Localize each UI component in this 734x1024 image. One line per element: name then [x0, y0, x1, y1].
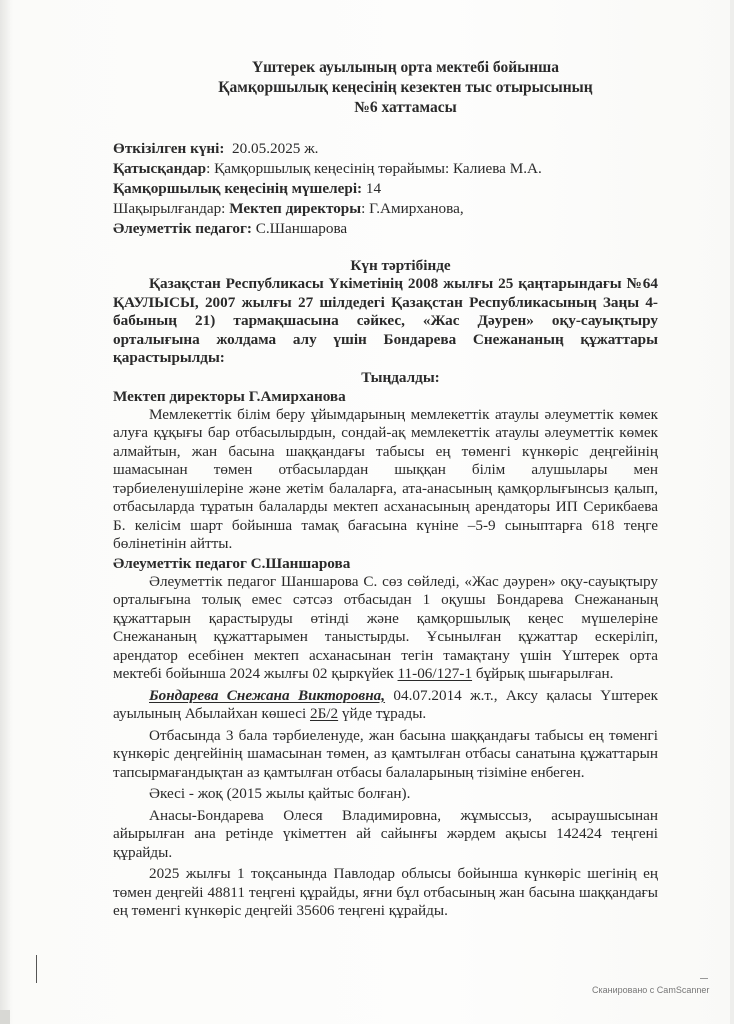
margin-mark: [36, 955, 37, 983]
date-value: 20.05.2025 ж.: [232, 140, 318, 157]
speaker1-text: Мемлекеттік білім беру ұйымдарының мемле…: [113, 406, 658, 554]
social-value: С.Шаншарова: [256, 220, 347, 237]
title-line-1: Үштерек ауылының орта мектебі бойынша: [153, 58, 658, 78]
speaker2-text: Әлеуметтік педагог Шаншарова С. сөз сөйл…: [113, 573, 658, 684]
social-label: Әлеуметтік педагог:: [113, 220, 252, 237]
document-title: Үштерек ауылының орта мектебі бойынша Қа…: [153, 58, 658, 118]
members-label: Қамқоршылық кеңесінің мүшелері:: [113, 180, 362, 197]
scan-tick-mark: [700, 978, 708, 979]
meta-social-pedagog: Әлеуметтік педагог: С.Шаншарова: [113, 219, 658, 239]
page-corner-shadow: [0, 1010, 10, 1024]
members-value: 14: [366, 180, 381, 197]
speaker1-name: Мектеп директоры Г.Амирханова: [113, 387, 658, 406]
income-text: 2025 жылғы 1 тоқсанында Павлодар облысы …: [113, 865, 658, 921]
meeting-meta: Өткізілген күні: 20.05.2025 ж. Қатысқанд…: [113, 139, 658, 239]
title-line-2: Қамқоршылық кеңесінің кезектен тыс отыры…: [153, 78, 658, 98]
participants-value: : Қамқоршылық кеңесінің төрайымы: Калиев…: [206, 160, 542, 177]
agenda-text: Қазақстан Республикасы Үкіметінің 2008 ж…: [113, 275, 658, 368]
meta-date: Өткізілген күні: 20.05.2025 ж.: [113, 139, 658, 159]
student-house: 2Б/2: [310, 705, 338, 722]
student-info: Бондарева Снежана Викторовна, 04.07.2014…: [113, 687, 658, 724]
title-line-3: №6 хаттамасы: [153, 98, 658, 118]
student-name: Бондарева Снежана Викторовна,: [149, 687, 385, 704]
family-text: Отбасында 3 бала тәрбиеленуде, жан басын…: [113, 727, 658, 783]
date-label: Өткізілген күні:: [113, 140, 224, 157]
page-right-edge: [730, 0, 734, 1024]
agenda-title: Күн тәртібінде: [113, 256, 658, 275]
speaker2-text-after: бұйрық шығарылған.: [472, 665, 613, 682]
father-text: Әкесі - жоқ (2015 жылы қайтыс болған).: [113, 785, 658, 804]
invited-role: Мектеп директоры: [229, 200, 361, 217]
invited-label: Шақырылғандар:: [113, 200, 225, 217]
participants-label: Қатысқандар: [113, 160, 206, 177]
meta-members: Қамқоршылық кеңесінің мүшелері: 14: [113, 179, 658, 199]
heard-title: Тыңдалды:: [113, 368, 658, 387]
speaker2-name: Әлеуметтік педагог С.Шаншарова: [113, 554, 658, 573]
order-number: 11-06/127-1: [398, 665, 473, 682]
student-text-after: үйде тұрады.: [338, 705, 426, 722]
document-body: Үштерек ауылының орта мектебі бойынша Қа…: [113, 58, 658, 921]
scanned-page: Үштерек ауылының орта мектебі бойынша Қа…: [0, 0, 734, 1024]
camscanner-watermark: Сканировано с CamScanner: [592, 985, 709, 995]
invited-value: : Г.Амирханова,: [361, 200, 464, 217]
page-left-edge: [0, 0, 10, 1024]
meta-participants: Қатысқандар: Қамқоршылық кеңесінің төрай…: [113, 159, 658, 179]
mother-text: Анасы-Бондарева Олеся Владимировна, жұмы…: [113, 807, 658, 863]
meta-invited: Шақырылғандар: Мектеп директоры: Г.Амирх…: [113, 199, 658, 219]
